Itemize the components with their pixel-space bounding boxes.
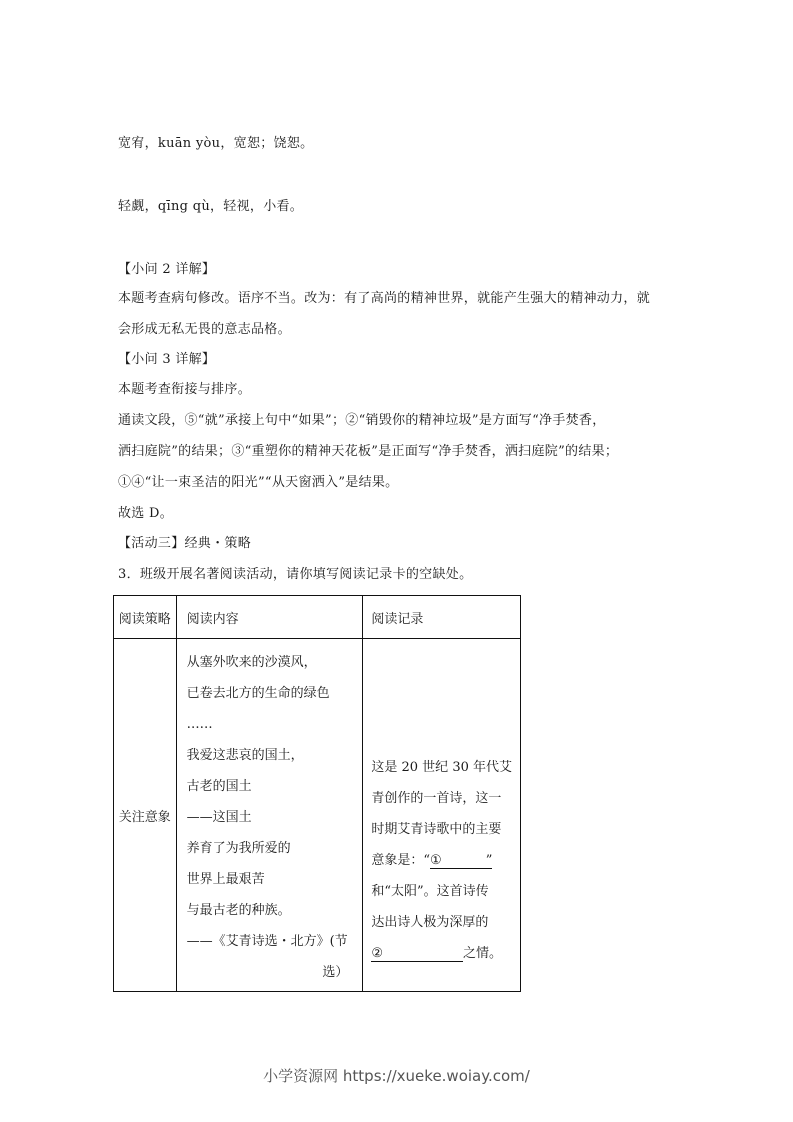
q3-heading: 【小问 3 详解】 (118, 351, 215, 369)
q3-answer: 故选 D。 (118, 505, 173, 523)
site-watermark: 小学资源网 https://xueke.woiay.com/ (0, 1065, 793, 1086)
poem-line: 世界上最艰苦 (187, 864, 363, 895)
poem-cell: 从塞外吹来的沙漠风， 已卷去北方的生命的绿色 …… 我爱这悲哀的国土， 古老的国… (176, 639, 363, 992)
poem-line: 已卷去北方的生命的绿色 (187, 678, 363, 709)
poem-line: 从塞外吹来的沙漠风， (187, 647, 363, 678)
poem-line: 与最古老的种族。 (187, 895, 363, 926)
record-line: 这是 20 世纪 30 年代艾 (371, 752, 512, 783)
q2-text-line1: 本题考查病句修改。语序不当。改为：有了高尚的精神世界，就能产生强大的精神动力，就 (118, 290, 650, 308)
record-line: 青创作的一首诗，这一 (371, 783, 512, 814)
header-content: 阅读内容 (176, 596, 363, 639)
record-cell: 这是 20 世纪 30 年代艾 青创作的一首诗，这一 时期艾青诗歌中的主要 意象… (363, 639, 521, 992)
poem-source-tail: 选） (187, 957, 363, 988)
vocab-kuanyou: 宽宥，kuān yòu，宽恕；饶恕。 (118, 135, 313, 153)
vocab-qingqu: 轻觑，qīng qù，轻视，小看。 (118, 198, 303, 216)
record-line-blank2: ②之情。 (371, 938, 512, 969)
q3-text-line2: 通读文段，⑤“就”承接上句中“如果”；②“销毁你的精神垃圾”是方面写“净手焚香， (118, 412, 606, 430)
activity3-question: 3．班级开展名著阅读活动，请你填写阅读记录卡的空缺处。 (118, 566, 472, 584)
q3-text-line4: ①④“让一束圣洁的阳光”“从天窗洒入”是结果。 (118, 474, 398, 492)
poem-line: 养育了为我所爱的 (187, 833, 363, 864)
poem-line: 古老的国土 (187, 771, 363, 802)
record-line: 时期艾青诗歌中的主要 (371, 814, 512, 845)
activity3-heading: 【活动三】经典・策略 (118, 535, 251, 553)
table-row: 关注意象 从塞外吹来的沙漠风， 已卷去北方的生命的绿色 …… 我爱这悲哀的国土，… (114, 639, 521, 992)
record-line: 和“太阳”。这首诗传 (371, 876, 512, 907)
poem-source: ——《艾青诗选・北方》(节 (187, 926, 363, 957)
poem-line: 我爱这悲哀的国土， (187, 740, 363, 771)
q2-text-line2: 会形成无私无畏的意志品格。 (118, 321, 291, 339)
strategy-cell: 关注意象 (114, 639, 177, 992)
header-strategy: 阅读策略 (114, 596, 177, 639)
poem-line: …… (187, 709, 363, 740)
reading-record-table: 阅读策略 阅读内容 阅读记录 关注意象 从塞外吹来的沙漠风， 已卷去北方的生命的… (113, 595, 521, 992)
q3-text-line3: 洒扫庭院”的结果；③“重塑你的精神天花板”是正面写“净手焚香，洒扫庭院”的结果； (118, 443, 618, 461)
record-line: 达出诗人极为深厚的 (371, 907, 512, 938)
header-record: 阅读记录 (363, 596, 521, 639)
record-line-blank1: 意象是：“①” (371, 845, 512, 876)
poem-line: ——这国土 (187, 802, 363, 833)
q3-text-line1: 本题考查衔接与排序。 (118, 381, 251, 399)
blank-1-field[interactable]: ①” (430, 853, 492, 869)
q2-heading: 【小问 2 详解】 (118, 261, 215, 279)
table-header-row: 阅读策略 阅读内容 阅读记录 (114, 596, 521, 639)
blank-2-field[interactable]: ② (371, 946, 463, 962)
